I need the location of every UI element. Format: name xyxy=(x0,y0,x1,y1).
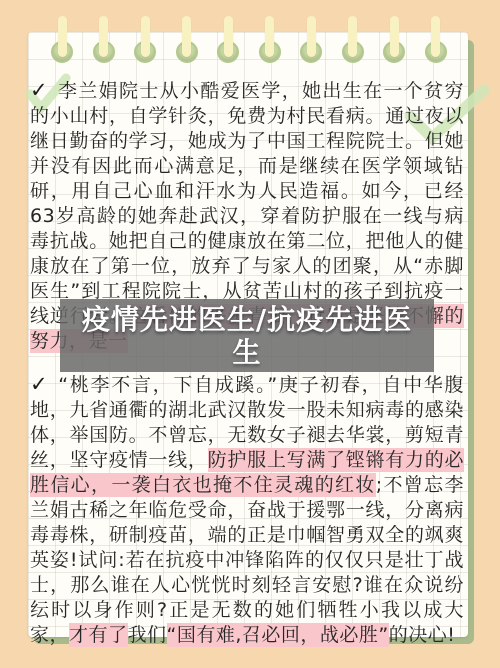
binder-ring-bar xyxy=(182,16,191,57)
title-overlay: 疫情先进医生/抗疫先进医生 xyxy=(60,299,434,372)
body-text: 我们 xyxy=(128,624,167,646)
binder-ring xyxy=(93,16,115,64)
highlighted-text: 才有了 xyxy=(69,623,128,647)
binder-ring xyxy=(217,16,239,64)
binder-ring-bar xyxy=(390,16,399,57)
note-image-canvas: { "note": { "overlay_title": "疫情先进医生/抗疫先… xyxy=(0,0,500,668)
highlighted-text: “国有难,召必回，战必胜” xyxy=(167,623,389,647)
binder-ring-bar xyxy=(224,16,233,57)
binder-ring-bar xyxy=(141,16,150,57)
binder-ring-bar xyxy=(58,16,67,57)
binder-ring-bar xyxy=(99,16,108,57)
binder-ring xyxy=(300,16,322,64)
binder-ring xyxy=(425,16,447,64)
binder-ring xyxy=(176,16,198,64)
binder-ring xyxy=(383,16,405,64)
binder-ring xyxy=(259,16,281,64)
body-text: ;不曾忘李兰娟古稀之年临危受命，奋战于援鄂一线，分离病毒毒株，研制疫苗，端的正是… xyxy=(30,474,464,646)
binder-ring-bar xyxy=(431,16,440,57)
binder-ring-bar xyxy=(265,16,274,57)
checkmark-bullet-icon: ✓ xyxy=(30,372,49,396)
binder-ring-bar xyxy=(307,16,316,57)
paragraph-text: “桃李不言，下自成蹊。”庚子初春，自中华腹地，九省通衢的湖北武汉散发一股未知病毒… xyxy=(30,374,464,647)
binder-ring-bar xyxy=(348,16,357,57)
paragraph-anti-epidemic: ✓“桃李不言，下自成蹊。”庚子初春，自中华腹地，九省通衢的湖北武汉散发一股未知病… xyxy=(30,372,464,648)
binder-ring xyxy=(342,16,364,64)
binder-ring xyxy=(134,16,156,64)
checkmark-bullet-icon: ✓ xyxy=(30,78,49,102)
overlay-title-text: 疫情先进医生/抗疫先进医生 xyxy=(60,303,434,369)
body-text: 李兰娟院士从小酷爱医学，她出生在一个贫穷的小山村，自学针灸，免费为村民看病。通过… xyxy=(30,80,464,327)
body-text: 的决心! xyxy=(389,624,456,646)
binder-ring xyxy=(51,16,73,64)
